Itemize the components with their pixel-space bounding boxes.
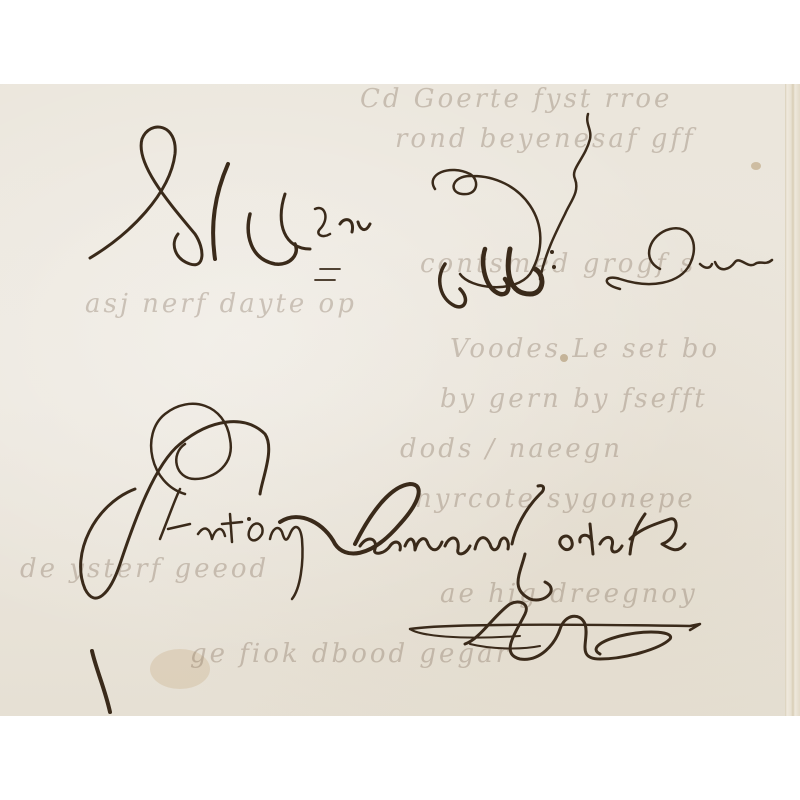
manuscript-page: Cd Goerte fyst rroe rond beyenesaf gff c… xyxy=(0,84,800,716)
signature-ink xyxy=(0,84,800,716)
page-edge xyxy=(785,84,800,716)
